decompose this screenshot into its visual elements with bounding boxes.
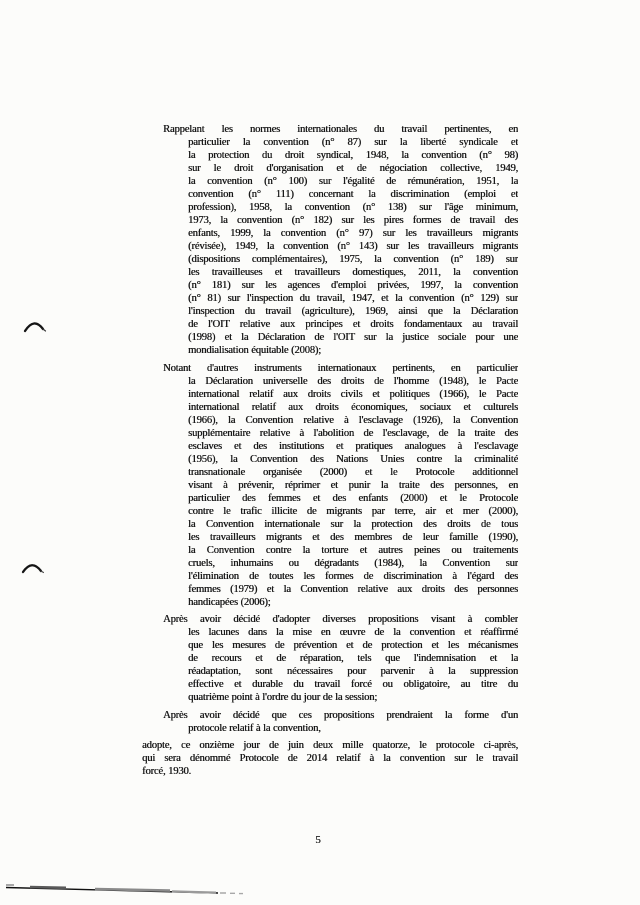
adoption-clause: adopte, ce onzième jour de juin deux mil… <box>142 739 518 778</box>
text-line: la Convention internationale sur la prot… <box>188 518 518 531</box>
text-line: Après avoir décidé que ces propositions … <box>163 709 518 722</box>
text-line: l'élimination de toutes les formes de di… <box>188 570 518 583</box>
recital-rappelant: Rappelant les normes internationales du … <box>142 123 518 357</box>
text-line: (1966), la Convention relative à l'escla… <box>188 414 518 427</box>
text-line: cruels, inhumains ou dégradants (1984), … <box>188 557 518 570</box>
text-line: contre le trafic illicite de migrants pa… <box>188 505 518 518</box>
text-line: la Convention contre la torture et autre… <box>188 544 518 557</box>
text-line: la Déclaration universelle des droits de… <box>188 375 518 388</box>
text-line: (n° 181) sur les agences d'emploi privée… <box>188 279 518 292</box>
handwritten-arc-mark-icon <box>19 557 49 579</box>
text-line: international relatif aux droits civils … <box>188 388 518 401</box>
scanned-document-page: Rappelant les normes internationales du … <box>0 0 640 905</box>
text-line: (révisée), 1949, la convention (n° 143) … <box>188 240 518 253</box>
text-line: femmes (1979) et la Convention relative … <box>188 583 518 596</box>
text-line: Après avoir décidé d'adopter diverses pr… <box>163 613 518 626</box>
text-line: la protection du droit syndical, 1948, l… <box>188 149 518 162</box>
text-block: Rappelant les normes internationales du … <box>142 123 518 783</box>
recital-apres-avoir-decide-forme: Après avoir décidé que ces propositions … <box>142 709 518 735</box>
text-line: qui sera dénommé Protocole de 2014 relat… <box>142 752 518 765</box>
text-line: particulier des femmes et des enfants (2… <box>188 492 518 505</box>
text-line: de l'OIT relative aux principes et droit… <box>188 318 518 331</box>
text-line: esclaves et des institutions et pratique… <box>188 440 518 453</box>
text-line: convention (n° 111) concernant la discri… <box>188 188 518 201</box>
text-line: international relatif aux droits économi… <box>188 401 518 414</box>
text-line: visant à prévenir, réprimer et punir la … <box>188 479 518 492</box>
text-line: sur le droit d'organisation et de négoci… <box>188 162 518 175</box>
text-line: que les mesures de prévention et de prot… <box>188 639 518 652</box>
text-line: quatrième point à l'ordre du jour de la … <box>188 691 518 704</box>
text-line: (n° 81) sur l'inspection du travail, 194… <box>188 292 518 305</box>
text-line: transnationale organisée (2000) et le Pr… <box>188 466 518 479</box>
text-line: particulier la convention (n° 87) sur la… <box>188 136 518 149</box>
recital-apres-avoir-decide-adopter: Après avoir décidé d'adopter diverses pr… <box>142 613 518 704</box>
text-line: (1956), la Convention des Nations Unies … <box>188 453 518 466</box>
text-line: les travailleurs migrants et des membres… <box>188 531 518 544</box>
text-line: l'inspection du travail (agriculture), 1… <box>188 305 518 318</box>
text-line: 1973, la convention (n° 182) sur les pir… <box>188 214 518 227</box>
recital-notant: Notant d'autres instruments internationa… <box>142 362 518 609</box>
text-line: réadaptation, sont nécessaires pour parv… <box>188 665 518 678</box>
page-number: 5 <box>0 834 636 846</box>
scan-line-artifact <box>0 879 260 901</box>
text-line: enfants, 1999, la convention (n° 97) sur… <box>188 227 518 240</box>
text-line: protocole relatif à la convention, <box>188 722 518 735</box>
text-line: les lacunes dans la mise en œuvre de la … <box>188 626 518 639</box>
text-line: adopte, ce onzième jour de juin deux mil… <box>142 739 518 752</box>
text-line: les travailleuses et travailleurs domest… <box>188 266 518 279</box>
text-line: la convention (n° 100) sur l'égalité de … <box>188 175 518 188</box>
text-line: handicapées (2006); <box>188 596 518 609</box>
text-line: (dispositions complémentaires), 1975, la… <box>188 253 518 266</box>
text-line: (1998) et la Déclaration de l'OIT sur la… <box>188 331 518 344</box>
text-line: mondialisation équitable (2008); <box>188 344 518 357</box>
text-line: Notant d'autres instruments internationa… <box>163 362 518 375</box>
text-line: profession), 1958, la convention (n° 138… <box>188 201 518 214</box>
text-line: effective et durable du travail forcé ou… <box>188 678 518 691</box>
handwritten-arc-mark-icon <box>21 316 51 338</box>
text-line: supplémentaire relative à l'abolition de… <box>188 427 518 440</box>
text-line: forcé, 1930. <box>142 765 518 778</box>
text-line: Rappelant les normes internationales du … <box>163 123 518 136</box>
text-line: de recours et de réparation, tels que l'… <box>188 652 518 665</box>
